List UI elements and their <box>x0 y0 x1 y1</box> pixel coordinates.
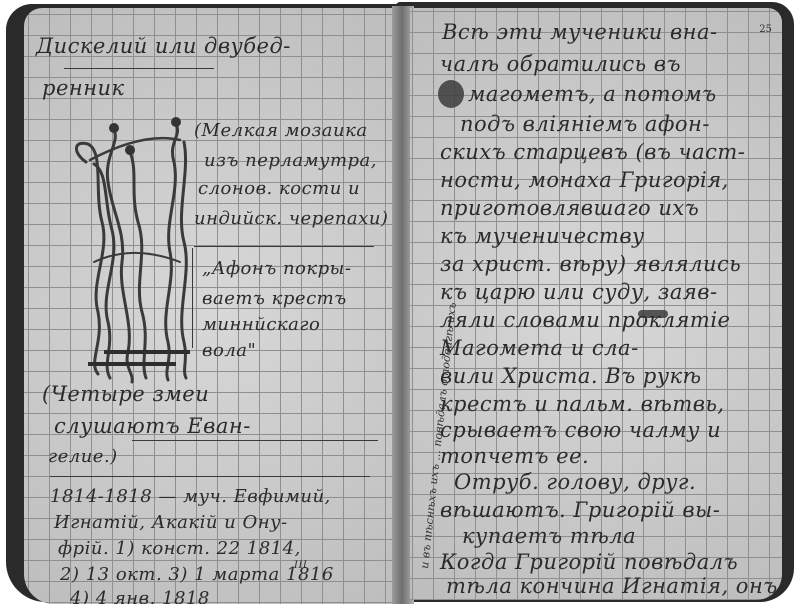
bracket-note-line-1: (Мелкая мозаика <box>194 120 368 141</box>
text-line-16: топчетъ ее. <box>440 444 589 468</box>
text-line-7: приготовлявшаго ихъ <box>440 196 699 220</box>
dates-line-1: 1814-1818 — муч. Евфимий, <box>50 486 331 507</box>
caption-line-2: слушаютъ Еван- <box>54 414 251 438</box>
dates-line-3: фрій. 1) конст. 22 1814, <box>58 538 301 559</box>
text-line-21: тѣла кончина Игнатія, онъ <box>446 574 778 598</box>
text-line-9: за христ. вѣру) являлись <box>440 252 741 276</box>
text-line-3: магометъ, а потомъ <box>468 82 717 106</box>
text-line-18: вѣшаютъ. Григорій вы- <box>440 498 720 522</box>
page-number: 25 <box>759 24 772 35</box>
quote-line-1: „Афонъ покры- <box>202 258 351 279</box>
ink-blot <box>438 80 464 108</box>
text-line-17: Отруб. голову, друг. <box>454 470 696 494</box>
text-line-20: Когда Григорій повѣдалъ <box>440 550 738 574</box>
open-notebook: Дискелий или двубед- ренник <box>0 0 800 615</box>
text-line-2: чалѣ обратились въ <box>440 52 681 76</box>
quote-line-3: миннйскаго <box>202 314 320 335</box>
bracket-note-line-2: изъ перламутра, <box>204 150 377 171</box>
caption-rule <box>132 440 378 441</box>
bracket-note-line-4: индийск. черепахи) <box>194 208 388 229</box>
text-line-10: къ царю или суду, заяв- <box>440 280 718 304</box>
text-line-6: ности, монаха Григорія, <box>440 168 729 192</box>
text-line-5: скихъ старцевъ (въ част- <box>440 140 745 164</box>
caption-line-3: гелие.) <box>48 446 118 467</box>
section-rule <box>50 476 370 477</box>
bracket-note-line-3: слонов. кости и <box>198 178 360 199</box>
text-line-14: крестъ и пальм. вѣтвь, <box>440 392 725 416</box>
text-line-4: подъ вліяніемъ афон- <box>460 112 710 136</box>
text-line-1: Всѣ эти мученики вна- <box>442 20 718 44</box>
text-line-19: купаетъ тѣла <box>462 524 636 548</box>
text-line-13: вили Христа. Въ рукѣ <box>440 364 702 388</box>
quote-top-rule <box>194 246 374 247</box>
dates-line-2: Игнатій, Акакій и Ону- <box>54 512 288 533</box>
quote-side-rule <box>192 248 193 348</box>
text-line-15: срываетъ свою чалму и <box>440 418 721 442</box>
quote-line-4: вола" <box>202 340 256 361</box>
quote-line-2: ваетъ крестъ <box>202 288 347 309</box>
caption-line-1: (Четыре змеи <box>42 382 209 406</box>
text-line-8: къ мученичеству <box>440 224 645 248</box>
text-line-11: ляли словами проклятіе <box>440 308 730 332</box>
dates-line-5: 4) 4 янв. 1818 <box>70 588 210 604</box>
title-line-1: Дискелий или двубед- <box>36 34 291 58</box>
dates-line-4: 2) 13 окт. 3) 1 марта 1816 <box>60 564 334 585</box>
left-page: Дискелий или двубед- ренник <box>24 8 404 604</box>
title-line-2: ренник <box>42 76 125 100</box>
title-underline <box>64 68 214 69</box>
text-line-12: Магомета и сла- <box>440 336 639 360</box>
right-page: и въ пѣснѣхъ ихъ ... повѣдалъ о подвигѣ … <box>410 8 782 600</box>
